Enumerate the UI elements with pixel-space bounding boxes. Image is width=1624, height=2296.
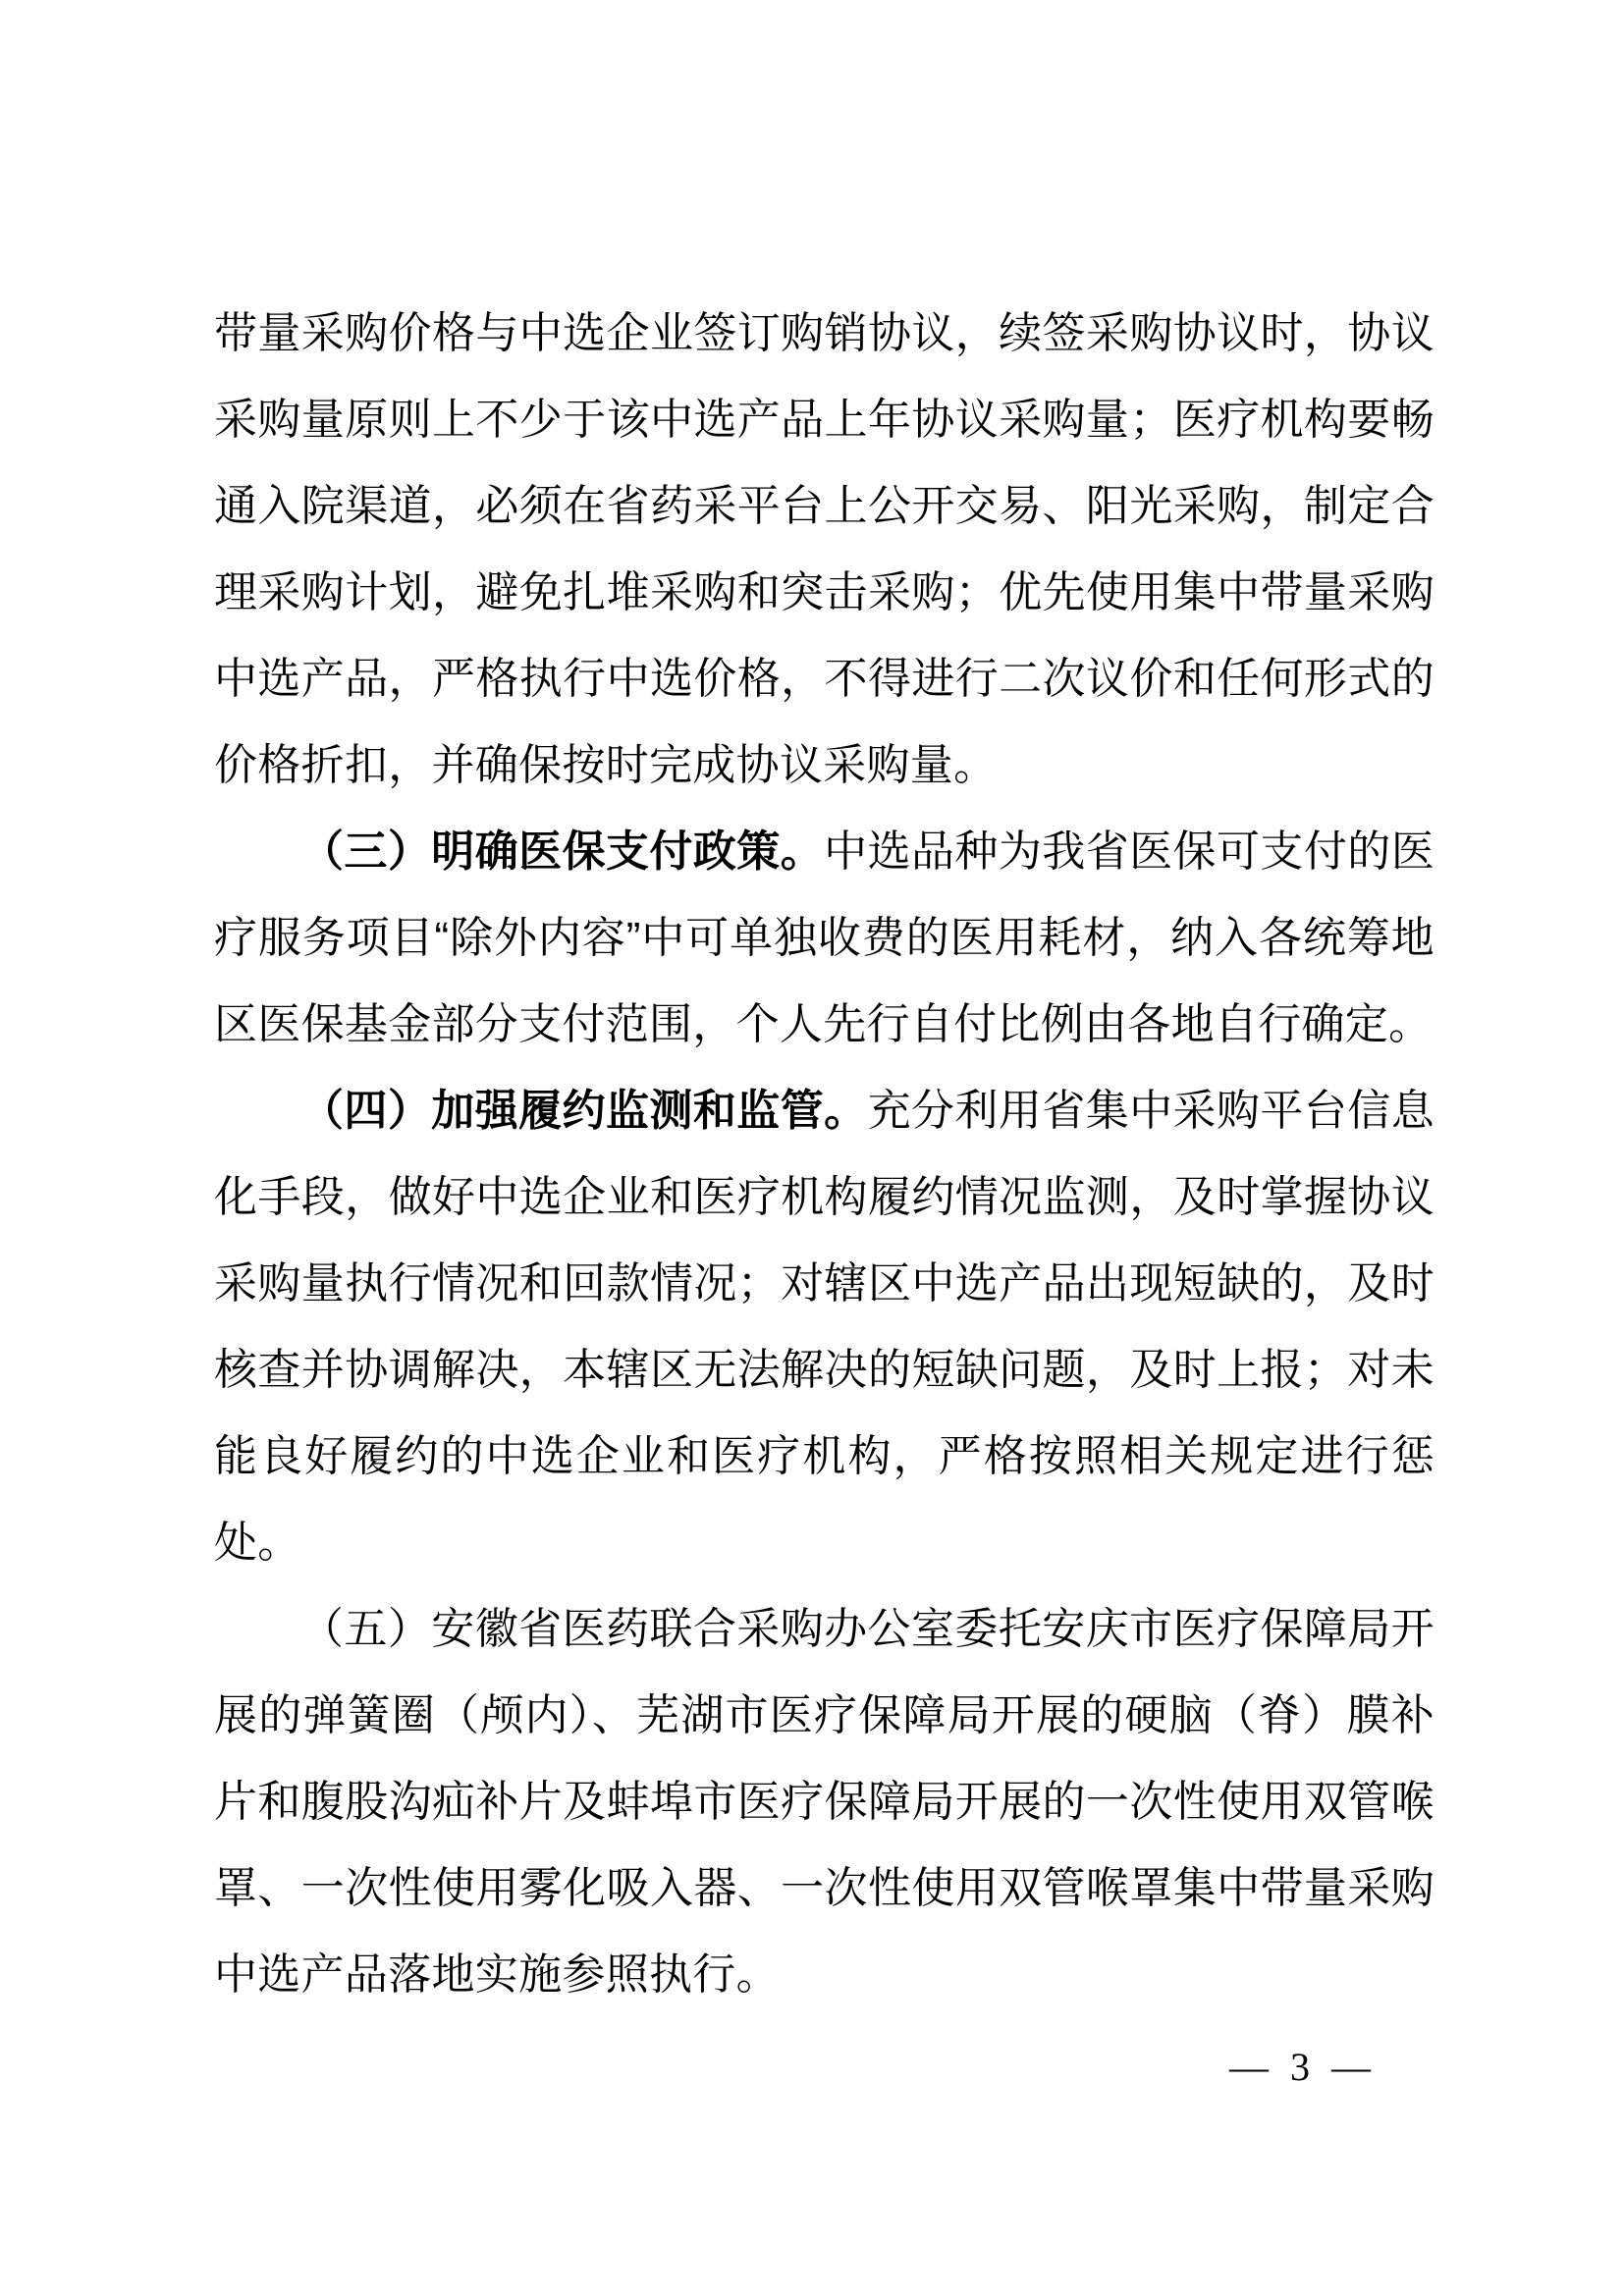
paragraph-body-text: （五）安徽省医药联合采购办公室委托安庆市医疗保障局开展的弹簧圈（颅内）、芜湖市医… bbox=[214, 1605, 1435, 1999]
paragraph-heading-text: （四）加强履约监测和监管。 bbox=[300, 1087, 868, 1135]
page-number: — 3 — bbox=[1219, 2044, 1386, 2091]
paragraph-body-text: 带量采购价格与中选企业签订购销协议，续签采购协议时，协议采购量原则上不少于该中选… bbox=[214, 309, 1435, 789]
document-body: 带量采购价格与中选企业签订购销协议，续签采购协议时，协议采购量原则上不少于该中选… bbox=[214, 291, 1435, 2018]
paragraph-body-text: 充分利用省集中采购平台信息化手段，做好中选企业和医疗机构履约情况监测，及时掌握协… bbox=[214, 1087, 1435, 1567]
paragraph-heading-text: （三）明确医保支付政策。 bbox=[300, 828, 824, 876]
paragraph-item-4: （四）加强履约监测和监管。充分利用省集中采购平台信息化手段，做好中选企业和医疗机… bbox=[214, 1068, 1435, 1586]
document-page: 带量采购价格与中选企业签订购销协议，续签采购协议时，协议采购量原则上不少于该中选… bbox=[0, 0, 1624, 2296]
paragraph-item-3: （三）明确医保支付政策。中选品种为我省医保可支付的医疗服务项目“除外内容”中可单… bbox=[214, 809, 1435, 1068]
paragraph-continuation: 带量采购价格与中选企业签订购销协议，续签采购协议时，协议采购量原则上不少于该中选… bbox=[214, 291, 1435, 809]
paragraph-item-5: （五）安徽省医药联合采购办公室委托安庆市医疗保障局开展的弹簧圈（颅内）、芜湖市医… bbox=[214, 1586, 1435, 2018]
